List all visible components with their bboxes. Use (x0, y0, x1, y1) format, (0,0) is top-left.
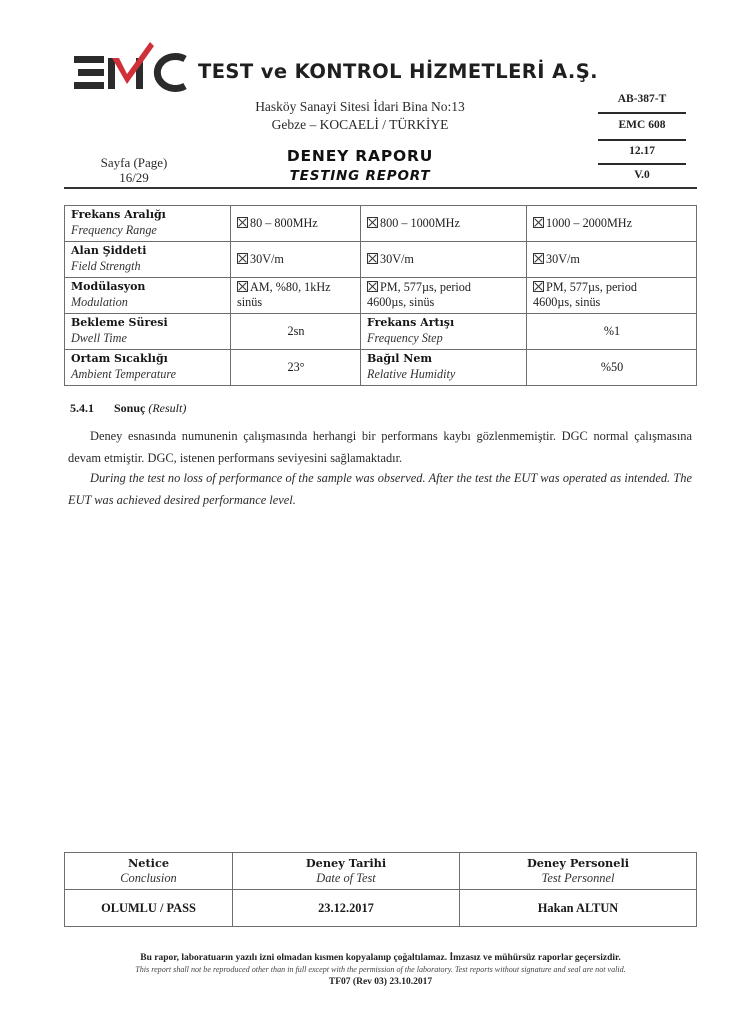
table-row: Ortam SıcaklığıAmbient Temperature 23° B… (65, 350, 697, 386)
section-title-en: (Result) (148, 401, 186, 415)
label-en: Dwell Time (71, 331, 225, 346)
divider (598, 112, 686, 114)
company-name: TEST ve KONTROL HİZMETLERİ A.Ş. (198, 60, 598, 83)
label-tr: Bekleme Süresi (71, 316, 225, 331)
report-title-tr: DENEY RAPORU (240, 147, 480, 165)
frequency-step-value: %1 (527, 314, 697, 350)
table-header-row: NeticeConclusion Deney TarihiDate of Tes… (65, 853, 697, 890)
cell-value-cont: 4600µs, sinüs (533, 295, 600, 309)
test-parameters-table: Frekans AralığıFrequency Range 80 – 800M… (64, 205, 697, 386)
cell-value-cont: sinüs (237, 295, 262, 309)
cell-value: 30V/m (250, 252, 284, 266)
doc-code-report: EMC 608 (598, 119, 686, 131)
table-cell: AM, %80, 1kHzsinüs (231, 278, 361, 314)
row-label: Bağıl NemRelative Humidity (361, 350, 527, 386)
row-label: Frekans AralığıFrequency Range (65, 206, 231, 242)
result-paragraph-tr: Deney esnasında numunenin çalışmasında h… (68, 425, 692, 469)
checked-box-icon (237, 281, 248, 292)
checked-box-icon (533, 253, 544, 264)
conclusion-value: OLUMLU / PASS (65, 890, 233, 927)
table-cell: 800 – 1000MHz (361, 206, 527, 242)
address-line-2: Gebze – KOCAELİ / TÜRKİYE (240, 117, 480, 133)
test-personnel-value: Hakan ALTUN (460, 890, 697, 927)
label-en: Modulation (71, 295, 225, 310)
cell-value-cont: 4600µs, sinüs (367, 295, 434, 309)
section-title: Sonuç (Result) (114, 401, 186, 416)
row-label: Frekans ArtışıFrequency Step (361, 314, 527, 350)
table-row: OLUMLU / PASS 23.12.2017 Hakan ALTUN (65, 890, 697, 927)
column-header: NeticeConclusion (65, 853, 233, 890)
table-row: ModülasyonModulation AM, %80, 1kHzsinüs … (65, 278, 697, 314)
address-line-1: Hasköy Sanayi Sitesi İdari Bina No:13 (240, 99, 480, 115)
page-label: Sayfa (Page) (84, 155, 184, 171)
doc-code-version: V.0 (598, 169, 686, 181)
header-tr: Netice (66, 856, 231, 871)
checked-box-icon (533, 281, 544, 292)
cell-value: PM, 577µs, period (546, 280, 637, 294)
checked-box-icon (367, 253, 378, 264)
row-label: Ortam SıcaklığıAmbient Temperature (65, 350, 231, 386)
label-en: Frequency Range (71, 223, 225, 238)
checked-box-icon (367, 281, 378, 292)
table-cell: 30V/m (231, 242, 361, 278)
cell-value: 800 – 1000MHz (380, 216, 460, 230)
table-row: Bekleme SüresiDwell Time 2sn Frekans Art… (65, 314, 697, 350)
ambient-temperature-value: 23° (231, 350, 361, 386)
header-en: Conclusion (66, 871, 231, 886)
table-cell: PM, 577µs, period4600µs, sinüs (361, 278, 527, 314)
row-label: ModülasyonModulation (65, 278, 231, 314)
test-summary-table: NeticeConclusion Deney TarihiDate of Tes… (64, 852, 697, 927)
cell-value: 30V/m (546, 252, 580, 266)
section-number: 5.4.1 (70, 401, 94, 416)
doc-code-date: 12.17 (598, 145, 686, 157)
label-en: Relative Humidity (367, 367, 521, 382)
row-label: Alan ŞiddetiField Strength (65, 242, 231, 278)
dwell-time-value: 2sn (231, 314, 361, 350)
label-en: Frequency Step (367, 331, 521, 346)
divider (598, 163, 686, 165)
label-tr: Bağıl Nem (367, 352, 521, 367)
header-en: Date of Test (234, 871, 458, 886)
header-tr: Deney Personeli (461, 856, 695, 871)
cell-value: AM, %80, 1kHz (250, 280, 331, 294)
cell-value: 80 – 800MHz (250, 216, 318, 230)
table-cell: 1000 – 2000MHz (527, 206, 697, 242)
header-divider (64, 187, 697, 189)
relative-humidity-value: %50 (527, 350, 697, 386)
table-cell: PM, 577µs, period4600µs, sinüs (527, 278, 697, 314)
checked-box-icon (367, 217, 378, 228)
cell-value: 1000 – 2000MHz (546, 216, 632, 230)
footer-notice-en: This report shall not be reproduced othe… (64, 965, 697, 974)
table-cell: 30V/m (361, 242, 527, 278)
report-title-en: TESTING REPORT (240, 168, 480, 184)
label-en: Field Strength (71, 259, 225, 274)
label-tr: Alan Şiddeti (71, 244, 225, 259)
cell-value: 30V/m (380, 252, 414, 266)
header-en: Test Personnel (461, 871, 695, 886)
label-tr: Modülasyon (71, 280, 225, 295)
column-header: Deney TarihiDate of Test (233, 853, 460, 890)
divider (598, 139, 686, 141)
table-row: Frekans AralığıFrequency Range 80 – 800M… (65, 206, 697, 242)
footer-notice-tr: Bu rapor, laboratuarın yazılı izni olmad… (64, 953, 697, 963)
doc-code-lab: AB-387-T (598, 93, 686, 105)
checked-box-icon (237, 217, 248, 228)
form-code: TF07 (Rev 03) 23.10.2017 (64, 977, 697, 987)
row-label: Bekleme SüresiDwell Time (65, 314, 231, 350)
label-en: Ambient Temperature (71, 367, 225, 382)
header-tr: Deney Tarihi (234, 856, 458, 871)
label-tr: Frekans Aralığı (71, 208, 225, 223)
table-cell: 80 – 800MHz (231, 206, 361, 242)
cell-value: PM, 577µs, period (380, 280, 471, 294)
result-paragraph-en: During the test no loss of performance o… (68, 467, 692, 511)
page-number: 16/29 (84, 170, 184, 186)
emc-logo (72, 40, 192, 100)
table-cell: 30V/m (527, 242, 697, 278)
label-tr: Ortam Sıcaklığı (71, 352, 225, 367)
checked-box-icon (237, 253, 248, 264)
label-tr: Frekans Artışı (367, 316, 521, 331)
column-header: Deney PersoneliTest Personnel (460, 853, 697, 890)
table-row: Alan ŞiddetiField Strength 30V/m 30V/m 3… (65, 242, 697, 278)
checked-box-icon (533, 217, 544, 228)
section-title-tr: Sonuç (114, 401, 145, 415)
test-date-value: 23.12.2017 (233, 890, 460, 927)
